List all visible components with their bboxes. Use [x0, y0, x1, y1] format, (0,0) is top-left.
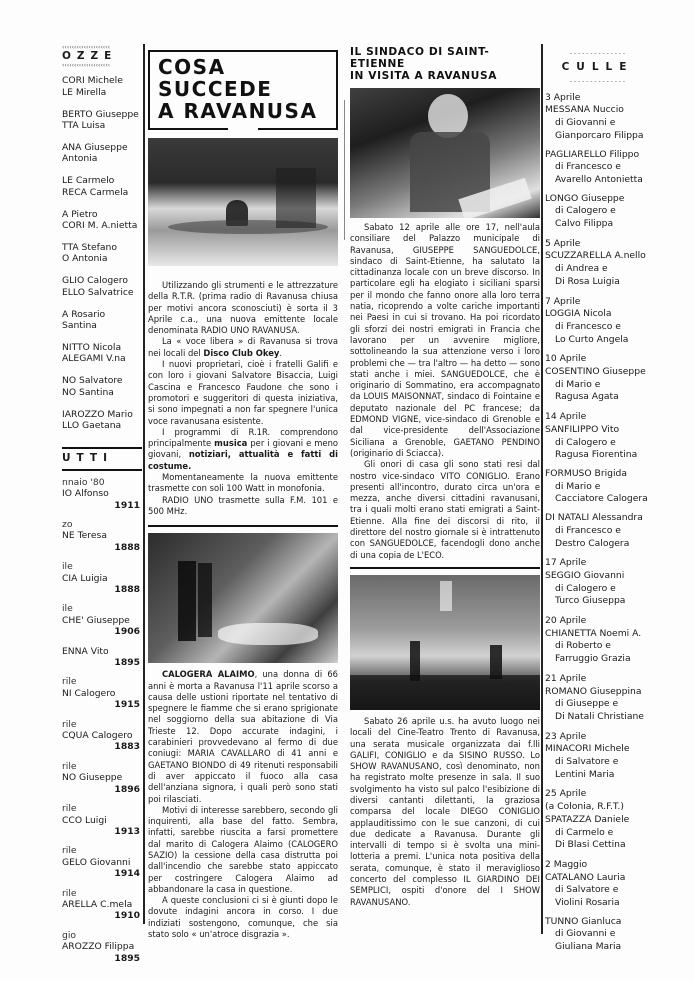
- list-item: rileGELO Giovanni1914: [62, 845, 142, 879]
- birth-date: 7 Aprile: [545, 296, 650, 309]
- list-item: rileNI Calogero1915: [62, 676, 142, 710]
- birth-group: 14 Aprile SANFILIPPO Vitodi Calogero eRa…: [545, 411, 650, 550]
- list-item: PAGLIARELLO Filippodi Francesco eAvarell…: [545, 149, 650, 187]
- deceased-name: CIA Luigia: [62, 573, 142, 584]
- culle-column: - - - - - - - - - - - - - - CULLE - - - …: [545, 50, 650, 960]
- deceased-name: CCO Luigi: [62, 815, 142, 826]
- list-item: ENNA Vito1895: [62, 646, 142, 669]
- deceased-name: NO Giuseppe: [62, 772, 142, 783]
- birth-place-note: (a Colonia, R.F.T.): [545, 801, 650, 814]
- bride-name: ELLO Salvatrice: [62, 287, 142, 298]
- list-item: rileARELLA C.mela1910: [62, 888, 142, 922]
- groom-name: IAROZZO Mario: [62, 409, 142, 420]
- article-paragraph: Motivi di interesse sarebbero, secondo g…: [148, 805, 338, 895]
- sindaco-column: IL SINDACO DI SAINT-ETIENNE IN VISITA A …: [350, 46, 540, 908]
- birth-group: 23 Aprile MINACORI Micheledi Salvatore e…: [545, 731, 650, 782]
- list-item: A PietroCORI M. A.nietta: [62, 209, 142, 232]
- birth-date: 20 Aprile: [545, 615, 650, 628]
- bride-name: RECA Carmela: [62, 187, 142, 198]
- list-item: nnaio '80IO Alfonso1911: [62, 477, 142, 511]
- list-item: SPATAZZA Danieledi Carmelo eDi Blasi Cet…: [545, 814, 650, 852]
- death-date: ile: [62, 603, 142, 614]
- death-date: rile: [62, 719, 142, 730]
- birth-date: 25 Aprile: [545, 788, 650, 801]
- deceased-name: CHE' Giuseppe: [62, 615, 142, 626]
- birth-year: 1915: [62, 699, 142, 710]
- birth-date: 23 Aprile: [545, 731, 650, 744]
- death-date: rile: [62, 676, 142, 687]
- decorative-border: - - - - - - - - - - - - - -: [545, 78, 650, 85]
- article-paragraph: CALOGERA ALAIMO, una donna di 66 anni è …: [148, 669, 338, 805]
- birth-date: 2 Maggio: [545, 859, 650, 872]
- list-item: BERTO GiuseppeTTA Luisa: [62, 109, 142, 132]
- deceased-name: NI Calogero: [62, 688, 142, 699]
- deceased-name: CQUA Calogero: [62, 730, 142, 741]
- birth-year: 1883: [62, 741, 142, 752]
- deceased-name: AROZZO Filippa: [62, 941, 142, 952]
- culle-list: 3 Aprile MESSANA Nucciodi Giovanni eGian…: [545, 92, 650, 954]
- death-date: nnaio '80: [62, 477, 142, 488]
- list-item: LOGGIA Nicoladi Francesco eLo Curto Ange…: [545, 308, 650, 346]
- list-item: ileCIA Luigia1888: [62, 561, 142, 595]
- bride-name: Santina: [62, 320, 142, 331]
- culle-heading: CULLE: [545, 61, 650, 74]
- deceased-name: ARELLA C.mela: [62, 899, 142, 910]
- radio-uno-article: Utilizzando gli strumenti e le attrezzat…: [148, 280, 338, 517]
- bride-name: ALEGAMI V.na: [62, 353, 142, 364]
- groom-name: NITTO Nicola: [62, 342, 142, 353]
- headline: COSA SUCCEDE: [158, 56, 328, 100]
- list-item: LONGO Giuseppedi Calogero eCalvo Filippa: [545, 193, 650, 231]
- bride-name: LLO Gaetana: [62, 420, 142, 431]
- list-item: CORI MicheleLE Mirella: [62, 75, 142, 98]
- birth-date: 5 Aprile: [545, 238, 650, 251]
- birth-group: 5 Aprile SCUZZARELLA A.nellodi Andrea eD…: [545, 238, 650, 289]
- list-item: ROMANO Giuseppinadi Giuseppe eDi Natali …: [545, 686, 650, 724]
- article-paragraph: I nuovi proprietari, cioè i fratelli Gal…: [148, 359, 338, 427]
- death-date: rile: [62, 845, 142, 856]
- birth-date: 10 Aprile: [545, 353, 650, 366]
- birth-group: 21 Aprile ROMANO Giuseppinadi Giuseppe e…: [545, 673, 650, 724]
- birth-date: 3 Aprile: [545, 92, 650, 105]
- birth-year: 1895: [62, 657, 142, 668]
- list-item: rileNO Giuseppe1896: [62, 761, 142, 795]
- radio-station-photo: [148, 138, 338, 266]
- nozze-heading: OZZE: [62, 51, 142, 62]
- lutti-list: nnaio '80IO Alfonso1911 zoNE Teresa1888 …: [62, 477, 142, 964]
- birth-group: 10 Aprile COSENTINO Giuseppedi Mario eRa…: [545, 353, 650, 404]
- column-rule: [344, 100, 345, 240]
- birth-date: 14 Aprile: [545, 411, 650, 424]
- list-item: SCUZZARELLA A.nellodi Andrea eDi Rosa Lu…: [545, 250, 650, 288]
- list-item: IAROZZO MarioLLO Gaetana: [62, 409, 142, 432]
- birth-group: 20 Aprile CHIANETTA Noemi A.di Roberto e…: [545, 615, 650, 666]
- left-column: ‹‹‹‹‹‹‹‹‹‹‹‹‹‹‹‹‹‹‹‹ OZZE ‹‹‹‹‹‹‹‹‹‹‹‹‹‹…: [62, 44, 142, 972]
- groom-name: CORI Michele: [62, 75, 142, 86]
- column-rule: [541, 44, 543, 934]
- death-date: ile: [62, 561, 142, 572]
- list-item: NO SalvatoreNO Santina: [62, 375, 142, 398]
- divider: [148, 525, 338, 527]
- list-item: rileCQUA Calogero1883: [62, 719, 142, 753]
- list-item: gioAROZZO Filippa1895: [62, 930, 142, 964]
- article-paragraph: Utilizzando gli strumenti e le attrezzat…: [148, 280, 338, 336]
- show-ravanusano-photo: [350, 575, 540, 710]
- birth-year: 1910: [62, 910, 142, 921]
- list-item: NITTO NicolaALEGAMI V.na: [62, 342, 142, 365]
- birth-year: 1914: [62, 868, 142, 879]
- fire-scene-photo: [148, 533, 338, 663]
- birth-date: 21 Aprile: [545, 673, 650, 686]
- headline-box: COSA SUCCEDE A RAVANUSA: [148, 50, 338, 130]
- headline: IL SINDACO DI SAINT-ETIENNE: [350, 46, 540, 70]
- groom-name: A Rosario: [62, 309, 142, 320]
- list-item: GLIO CalogeroELLO Salvatrice: [62, 275, 142, 298]
- deceased-name: NE Teresa: [62, 530, 142, 541]
- article-paragraph: RADIO UNO trasmette sulla F.M. 101 e 500…: [148, 495, 338, 518]
- article-paragraph: A queste conclusioni ci si è giunti dopo…: [148, 895, 338, 940]
- deceased-name: GELO Giovanni: [62, 857, 142, 868]
- headline: IN VISITA A RAVANUSA: [350, 70, 540, 82]
- birth-date: 17 Aprile: [545, 557, 650, 570]
- article-paragraph: I programmi di R.1R. comprendono princip…: [148, 427, 338, 472]
- birth-year: 1888: [62, 542, 142, 553]
- deceased-name: IO Alfonso: [62, 488, 142, 499]
- list-item: CATALANO Lauriadi Salvatore eViolini Ros…: [545, 872, 650, 910]
- bride-name: Antonia: [62, 153, 142, 164]
- birth-group: 7 Aprile LOGGIA Nicoladi Francesco eLo C…: [545, 296, 650, 347]
- groom-name: A Pietro: [62, 209, 142, 220]
- list-item: SANFILIPPO Vitodi Calogero eRagusa Fiore…: [545, 424, 650, 462]
- bride-name: CORI M. A.nietta: [62, 220, 142, 231]
- decorative-border: ‹‹‹‹‹‹‹‹‹‹‹‹‹‹‹‹‹‹‹‹: [62, 62, 142, 69]
- bride-name: O Antonia: [62, 253, 142, 264]
- column-rule: [143, 44, 145, 924]
- birth-year: 1913: [62, 826, 142, 837]
- cosa-succede-column: COSA SUCCEDE A RAVANUSA Utilizzando gli …: [148, 50, 338, 940]
- bride-name: LE Mirella: [62, 87, 142, 98]
- calogera-alaimo-article: CALOGERA ALAIMO, una donna di 66 anni è …: [148, 669, 338, 940]
- article-paragraph: Momentaneamente la nuova emittente trasm…: [148, 472, 338, 495]
- deceased-name: ENNA Vito: [62, 646, 142, 657]
- list-item: DI NATALI Alessandradi Francesco eDestro…: [545, 512, 650, 550]
- birth-group: 2 Maggio CATALANO Lauriadi Salvatore eVi…: [545, 859, 650, 954]
- mayor-speech-photo: [350, 88, 540, 218]
- list-item: CHIANETTA Noemi A.di Roberto eFarruggio …: [545, 628, 650, 666]
- list-item: rileCCO Luigi1913: [62, 803, 142, 837]
- birth-year: 1911: [62, 500, 142, 511]
- bride-name: TTA Luisa: [62, 120, 142, 131]
- groom-name: LE Carmelo: [62, 175, 142, 186]
- birth-year: 1906: [62, 626, 142, 637]
- article-paragraph: Sabato 12 aprile alle ore 17, nell'aula …: [350, 222, 540, 459]
- groom-name: GLIO Calogero: [62, 275, 142, 286]
- bride-name: NO Santina: [62, 387, 142, 398]
- death-date: rile: [62, 888, 142, 899]
- list-item: MESSANA Nucciodi Giovanni eGianporcaro F…: [545, 104, 650, 142]
- list-item: zoNE Teresa1888: [62, 519, 142, 553]
- list-item: TUNNO Gianlucadi Giovanni eGiuliana Mari…: [545, 916, 650, 954]
- list-item: SEGGIO Giovannidi Calogero eTurco Giusep…: [545, 570, 650, 608]
- article-paragraph: Sabato 26 aprile u.s. ha avuto luogo nei…: [350, 716, 540, 908]
- groom-name: NO Salvatore: [62, 375, 142, 386]
- decorative-border: - - - - - - - - - - - - - -: [545, 50, 650, 57]
- newspaper-page: ‹‹‹‹‹‹‹‹‹‹‹‹‹‹‹‹‹‹‹‹ OZZE ‹‹‹‹‹‹‹‹‹‹‹‹‹‹…: [0, 0, 694, 981]
- birth-group: 17 Aprile SEGGIO Giovannidi Calogero eTu…: [545, 557, 650, 608]
- death-date: gio: [62, 930, 142, 941]
- list-item: TTA StefanoO Antonia: [62, 242, 142, 265]
- show-ravanusano-article: Sabato 26 aprile u.s. ha avuto luogo nei…: [350, 716, 540, 908]
- list-item: FORMUSO Brigidadi Mario eCacciatore Calo…: [545, 468, 650, 506]
- divider: [350, 567, 540, 569]
- list-item: ileCHE' Giuseppe1906: [62, 603, 142, 637]
- birth-year: 1895: [62, 953, 142, 964]
- birth-group: 3 Aprile MESSANA Nucciodi Giovanni eGian…: [545, 92, 650, 231]
- groom-name: TTA Stefano: [62, 242, 142, 253]
- birth-year: 1888: [62, 584, 142, 595]
- article-paragraph: Gli onori di casa gli sono stati resi da…: [350, 459, 540, 561]
- article-paragraph: La « voce libera » di Ravanusa si trova …: [148, 336, 338, 359]
- list-item: A RosarioSantina: [62, 309, 142, 332]
- list-item: MINACORI Micheledi Salvatore eLentini Ma…: [545, 743, 650, 781]
- birth-year: 1896: [62, 784, 142, 795]
- death-date: rile: [62, 803, 142, 814]
- birth-group: 25 Aprile (a Colonia, R.F.T.) SPATAZZA D…: [545, 788, 650, 852]
- death-date: rile: [62, 761, 142, 772]
- groom-name: BERTO Giuseppe: [62, 109, 142, 120]
- visit-article: Sabato 12 aprile alle ore 17, nell'aula …: [350, 222, 540, 561]
- nozze-list: CORI MicheleLE Mirella BERTO GiuseppeTTA…: [62, 75, 142, 431]
- list-item: ANA GiuseppeAntonia: [62, 142, 142, 165]
- groom-name: ANA Giuseppe: [62, 142, 142, 153]
- list-item: LE CarmeloRECA Carmela: [62, 175, 142, 198]
- list-item: COSENTINO Giuseppedi Mario eRagusa Agata: [545, 366, 650, 404]
- death-date: zo: [62, 519, 142, 530]
- headline: A RAVANUSA: [158, 100, 328, 122]
- lutti-heading: UTTI: [62, 447, 142, 470]
